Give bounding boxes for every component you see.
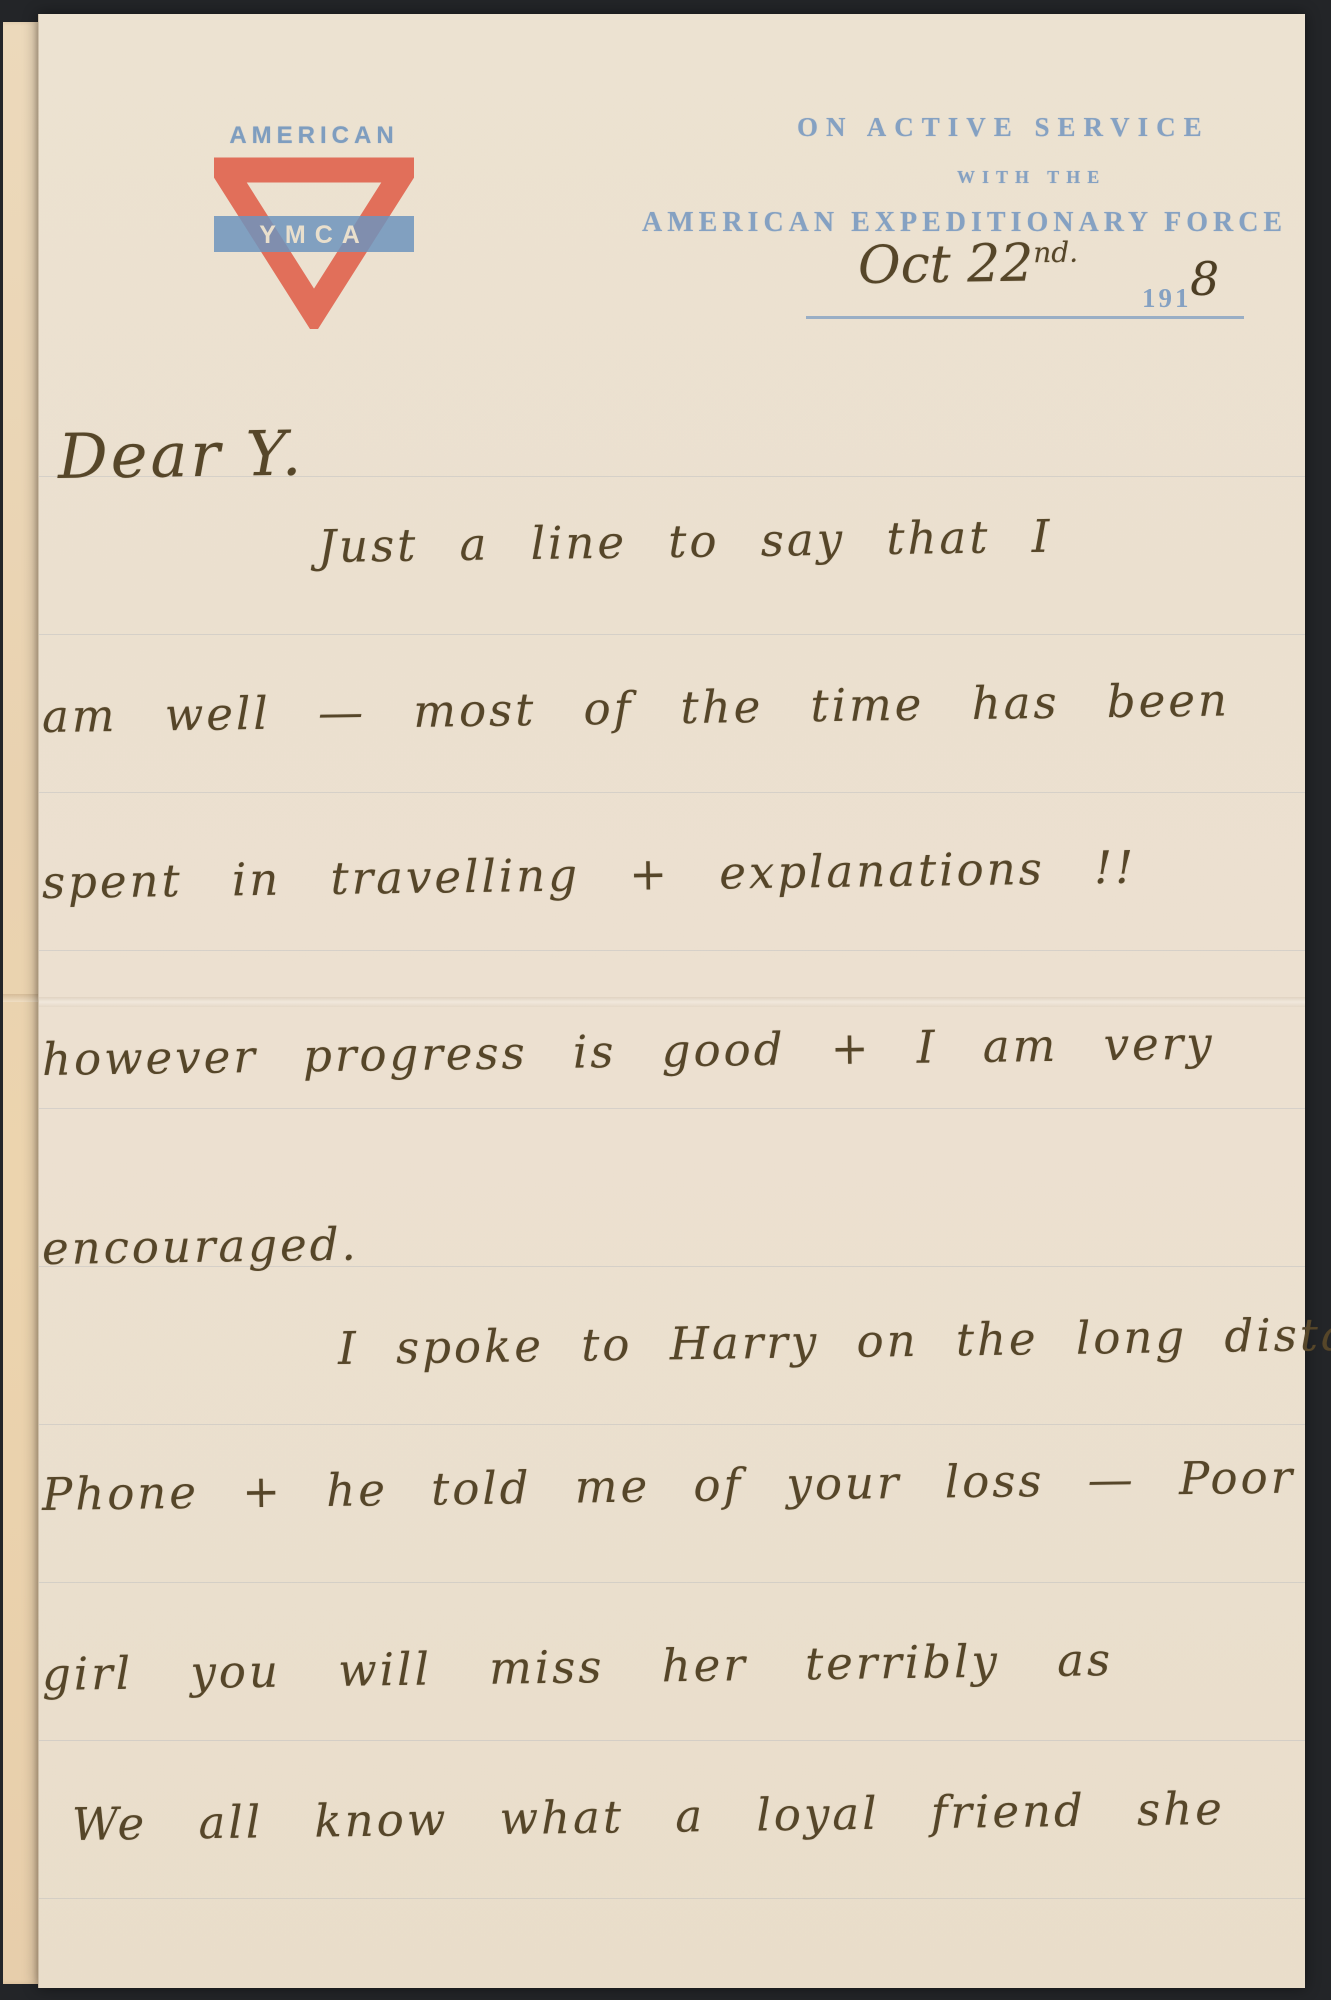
date-underline — [806, 316, 1244, 319]
handwritten-date: Oct 22nd. — [858, 233, 1079, 296]
printed-year-prefix: 191 — [1142, 283, 1192, 314]
handwritten-date-ordinal: nd. — [1033, 236, 1078, 270]
ymca-triangle-icon: YMCA — [214, 154, 414, 329]
letter-scan: AMERICAN YMCA ON ACTIVE SERVICE WITH THE… — [0, 0, 1331, 2000]
stamp-on-active-service: ON ACTIVE SERVICE — [797, 112, 1210, 143]
underlying-page-edge — [3, 22, 39, 1984]
handwritten-date-day: Oct 22 — [858, 234, 1034, 296]
body-line-5: encouraged. — [42, 1218, 359, 1275]
salutation: Dear Y. — [57, 417, 304, 493]
logo-american-label: AMERICAN — [214, 122, 414, 150]
fold-crease-left — [3, 994, 39, 1002]
logo-ymca-band-label: YMCA — [259, 221, 369, 249]
handwritten-year-digit: 8 — [1190, 252, 1220, 306]
fold-crease — [39, 997, 1305, 1007]
stamp-with-the: WITH THE — [957, 167, 1106, 188]
ymca-logo: AMERICAN YMCA — [214, 122, 414, 329]
body-line-1: Just a line to say that I — [318, 510, 1053, 573]
